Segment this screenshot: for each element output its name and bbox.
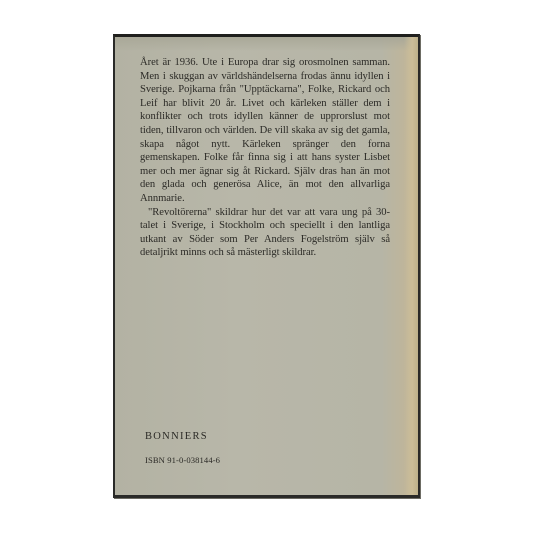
blurb-text: Året är 1936. Ute i Europa drar sig oros… xyxy=(140,56,390,260)
publisher-name: BONNIERS xyxy=(145,431,208,442)
isbn-number: ISBN 91-0-038144-6 xyxy=(145,455,220,465)
blurb-paragraph-1: Året är 1936. Ute i Europa drar sig oros… xyxy=(140,56,390,206)
book-back-cover: Året är 1936. Ute i Europa drar sig oros… xyxy=(113,34,420,498)
cover-edge-discoloration xyxy=(404,37,418,495)
blurb-paragraph-2: "Revoltörerna" skildrar hur det var att … xyxy=(140,206,390,260)
